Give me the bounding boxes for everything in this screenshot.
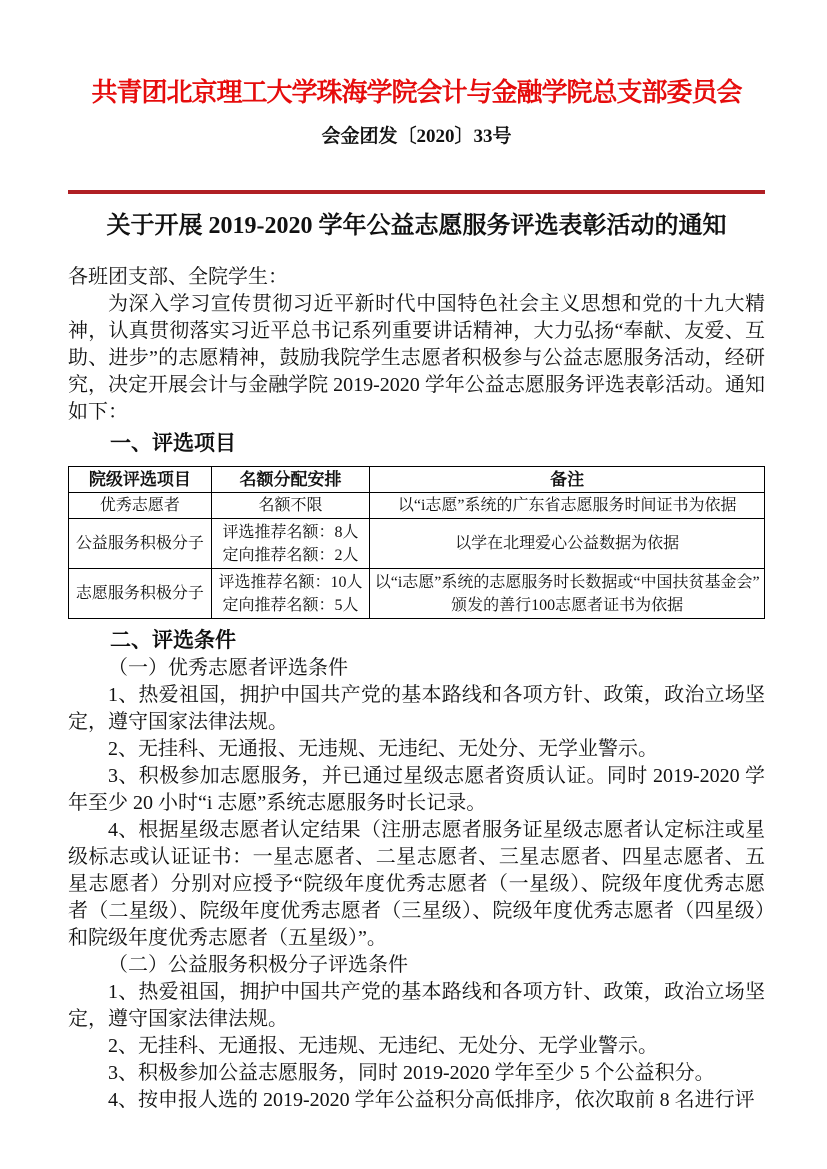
cell-quota: 评选推荐名额：8人 定向推荐名额：2人 [211, 519, 370, 569]
cell-project: 优秀志愿者 [69, 493, 212, 519]
sub1-item-1: 1、热爱祖国，拥护中国共产党的基本路线和各项方针、政策，政治立场坚定，遵守国家法… [68, 682, 765, 736]
doc-number: 会金团发〔2020〕33号 [68, 124, 765, 150]
document-page: 共青团北京理工大学珠海学院会计与金融学院总支部委员会 会金团发〔2020〕33号… [0, 0, 827, 1169]
cell-quota: 评选推荐名额：10人 定向推荐名额：5人 [211, 569, 370, 619]
document-content: 共青团北京理工大学珠海学院会计与金融学院总支部委员会 会金团发〔2020〕33号… [0, 0, 827, 1114]
red-divider [68, 190, 765, 194]
sub2-item-4: 4、按申报人选的 2019-2020 学年公益积分高低排序，依次取前 8 名进行… [68, 1087, 765, 1114]
col-header-project: 院级评选项目 [69, 467, 212, 493]
sub2-item-1: 1、热爱祖国，拥护中国共产党的基本路线和各项方针、政策，政治立场坚定，遵守国家法… [68, 979, 765, 1033]
col-header-quota: 名额分配安排 [211, 467, 370, 493]
org-title: 共青团北京理工大学珠海学院会计与金融学院总支部委员会 [68, 76, 765, 110]
table-row-public-service-activist: 公益服务积极分子 评选推荐名额：8人 定向推荐名额：2人 以学在北理爱心公益数据… [69, 519, 765, 569]
sub1-heading: （一）优秀志愿者评选条件 [68, 655, 765, 682]
col-header-note: 备注 [370, 467, 765, 493]
sub2-item-3: 3、积极参加公益志愿服务，同时 2019-2020 学年至少 5 个公益积分。 [68, 1060, 765, 1087]
cell-note: 以“i志愿”系统的广东省志愿服务时间证书为依据 [370, 493, 765, 519]
section-1-heading: 一、评选项目 [68, 430, 765, 458]
cell-project: 志愿服务积极分子 [69, 569, 212, 619]
doc-title: 关于开展 2019-2020 学年公益志愿服务评选表彰活动的通知 [68, 210, 765, 242]
quota-line-1: 评选推荐名额：10人 [216, 571, 366, 594]
quota-line-1: 评选推荐名额：8人 [216, 521, 366, 544]
table-row-volunteer-service-activist: 志愿服务积极分子 评选推荐名额：10人 定向推荐名额：5人 以“i志愿”系统的志… [69, 569, 765, 619]
awards-table: 院级评选项目 名额分配安排 备注 优秀志愿者 名额不限 以“i志愿”系统的广东省… [68, 466, 765, 619]
cell-note: 以“i志愿”系统的志愿服务时长数据或“中国扶贫基金会”颁发的善行100志愿者证书… [370, 569, 765, 619]
sub1-item-2: 2、无挂科、无通报、无违规、无违纪、无处分、无学业警示。 [68, 736, 765, 763]
intro-paragraph: 为深入学习宣传贯彻习近平新时代中国特色社会主义思想和党的十九大精神，认真贯彻落实… [68, 291, 765, 426]
section-2-heading: 二、评选条件 [68, 627, 765, 655]
sub1-item-4: 4、根据星级志愿者认定结果（注册志愿者服务证星级志愿者认定标注或星级标志或认证证… [68, 817, 765, 952]
sub1-item-3: 3、积极参加志愿服务，并已通过星级志愿者资质认证。同时 2019-2020 学年… [68, 763, 765, 817]
sub2-heading: （二）公益服务积极分子评选条件 [68, 952, 765, 979]
salutation: 各班团支部、全院学生： [68, 264, 765, 291]
cell-quota: 名额不限 [211, 493, 370, 519]
table-header-row: 院级评选项目 名额分配安排 备注 [69, 467, 765, 493]
cell-project: 公益服务积极分子 [69, 519, 212, 569]
cell-note: 以学在北理爱心公益数据为依据 [370, 519, 765, 569]
quota-line-2: 定向推荐名额：2人 [216, 544, 366, 567]
quota-line-2: 定向推荐名额：5人 [216, 594, 366, 617]
sub2-item-2: 2、无挂科、无通报、无违规、无违纪、无处分、无学业警示。 [68, 1033, 765, 1060]
table-row-excellent-volunteer: 优秀志愿者 名额不限 以“i志愿”系统的广东省志愿服务时间证书为依据 [69, 493, 765, 519]
